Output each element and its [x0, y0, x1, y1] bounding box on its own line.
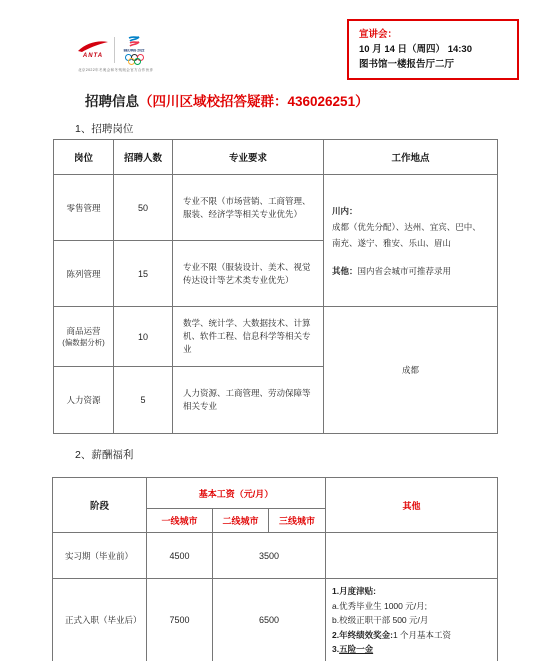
table-row: 商品运营 (偏数据分析) 10 数学、统计学、大数据技术、计算机、软件工程、信息…	[54, 307, 498, 367]
position-major: 数学、统计学、大数据技术、计算机、软件工程、信息科学等相关专业	[173, 307, 324, 367]
position-headcount: 50	[114, 175, 173, 241]
position-name: 人力资源	[54, 367, 114, 434]
salary-tier23: 3500	[213, 533, 326, 579]
col-header-tier3-city: 三线城市	[269, 509, 326, 533]
location-sichuan-cell: 川内： 成都（优先分配）、达州、宜宾、巴中、南充、遂宁、雅安、乐山、眉山 其他：…	[324, 175, 498, 307]
location-label-other: 其他：	[332, 266, 358, 276]
col-header-tier1-city: 一线城市	[147, 509, 213, 533]
info-session-box: 宣讲会： 10 月 14 日（周四） 14:30 图书馆一楼报告厅二厅	[347, 19, 519, 80]
col-header-base-salary: 基本工资（元/月）	[147, 478, 326, 509]
info-session-datetime: 10 月 14 日（周四） 14:30	[359, 42, 507, 57]
col-header-other: 其他	[326, 478, 498, 533]
info-session-venue: 图书馆一楼报告厅二厅	[359, 57, 507, 72]
salary-tier1: 7500	[147, 579, 213, 661]
position-major: 专业不限（市场营销、工商管理、服装、经济学等相关专业优先）	[173, 175, 324, 241]
col-header-major: 专业要求	[173, 140, 324, 175]
location-chengdu-cell: 成都	[324, 307, 498, 434]
anta-wordmark: ANTA	[83, 53, 103, 59]
page-title-main: 招聘信息	[85, 94, 139, 109]
position-name: 商品运营 (偏数据分析)	[54, 307, 114, 367]
position-major: 专业不限（服装设计、美术、视觉传达设计等艺术类专业优先）	[173, 241, 324, 307]
recruitment-flyer-page: ANTA BEIJING 2022 北京2022年冬奥	[0, 0, 546, 661]
location-other-note: 国内省会城市可推荐录用	[358, 266, 452, 276]
positions-header-row: 岗位 招聘人数 专业要求 工作地点	[54, 140, 498, 175]
position-name-note: (偏数据分析)	[55, 337, 112, 348]
anta-swoosh-icon	[78, 41, 108, 53]
info-session-title: 宣讲会：	[359, 27, 507, 42]
benefit-insurance: 3.五险一金	[332, 642, 493, 657]
stage-name: 实习期（毕业前）	[53, 533, 147, 579]
col-header-headcount: 招聘人数	[114, 140, 173, 175]
location-cities: 成都（优先分配）、达州、宜宾、巴中、南充、遂宁、雅安、乐山、眉山	[332, 219, 489, 251]
position-headcount: 5	[114, 367, 173, 434]
position-name: 零售管理	[54, 175, 114, 241]
position-major: 人力资源、工商管理、劳动保障等相关专业	[173, 367, 324, 434]
position-headcount: 15	[114, 241, 173, 307]
beijing2022-wordmark: BEIJING 2022	[124, 48, 145, 52]
salary-tier1: 4500	[147, 533, 213, 579]
positions-table: 岗位 招聘人数 专业要求 工作地点 零售管理 50 专业不限（市场营销、工商管理…	[53, 139, 498, 434]
anta-logo: ANTA	[78, 41, 108, 59]
table-row: 零售管理 50 专业不限（市场营销、工商管理、服装、经济学等相关专业优先） 川内…	[54, 175, 498, 241]
salary-header-row-1: 阶段 基本工资（元/月） 其他	[53, 478, 498, 509]
beijing2022-emblem: BEIJING 2022	[121, 36, 147, 65]
salary-tier23: 6500	[213, 579, 326, 661]
winter-olympics-emblem-icon	[127, 36, 141, 48]
table-row: 实习期（毕业前） 4500 3500	[53, 533, 498, 579]
col-header-tier2-city: 二线城市	[213, 509, 269, 533]
benefit-allowance-title: 1.月度津贴:	[332, 584, 493, 599]
brand-logo: ANTA BEIJING 2022 北京2022年冬奥	[78, 36, 188, 76]
position-headcount: 10	[114, 307, 173, 367]
page-title: 招聘信息（四川区域校招答疑群：436026251）	[85, 90, 369, 110]
benefit-allowance-b: b.校级正职干部 500 元/月	[332, 613, 493, 628]
col-header-location: 工作地点	[324, 140, 498, 175]
position-name: 陈列管理	[54, 241, 114, 307]
page-title-qq-group: （四川区域校招答疑群：436026251）	[139, 94, 369, 109]
location-label-inside: 川内：	[332, 206, 358, 216]
col-header-stage: 阶段	[53, 478, 147, 533]
table-row: 正式入职（毕业后） 7500 6500 1.月度津贴: a.优秀毕业生 1000…	[53, 579, 498, 661]
other-empty-cell	[326, 533, 498, 579]
olympic-rings-icon	[125, 53, 143, 65]
salary-table: 阶段 基本工资（元/月） 其他 一线城市 二线城市 三线城市 实习期（毕业前） …	[52, 477, 498, 661]
benefit-allowance-a: a.优秀毕业生 1000 元/月;	[332, 599, 493, 614]
section-heading-positions: 1、招聘岗位	[75, 121, 133, 136]
benefits-cell: 1.月度津贴: a.优秀毕业生 1000 元/月; b.校级正职干部 500 元…	[326, 579, 498, 661]
benefit-bonus: 2.年终绩效奖金:1 个月基本工资	[332, 628, 493, 643]
partner-caption: 北京2022年冬奥会和冬残奥会官方合作伙伴	[78, 67, 144, 72]
col-header-position: 岗位	[54, 140, 114, 175]
logo-divider	[114, 37, 115, 63]
stage-name: 正式入职（毕业后）	[53, 579, 147, 661]
section-heading-salary: 2、薪酬福利	[75, 447, 133, 462]
